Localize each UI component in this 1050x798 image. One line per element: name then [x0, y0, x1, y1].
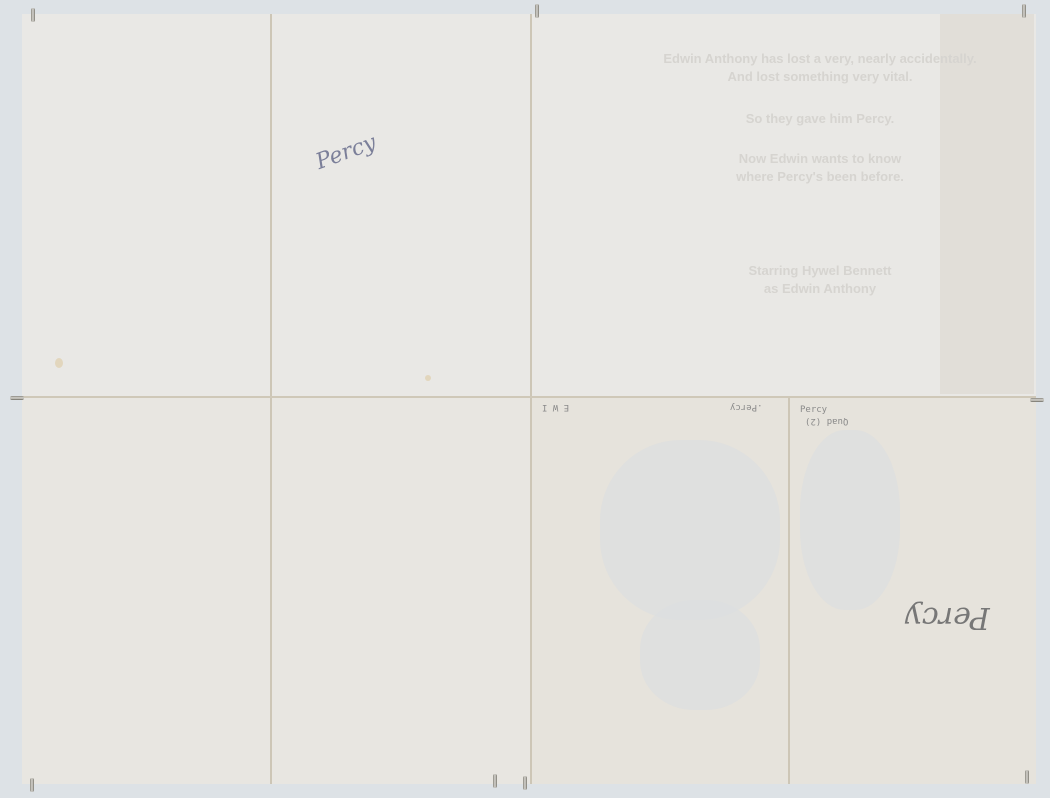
- showthrough-line-3: So they gave him Percy.: [600, 110, 1040, 127]
- showthrough-line-7: as Edwin Anthony: [600, 280, 1040, 297]
- showthrough-line-2: And lost something very vital.: [600, 68, 1040, 85]
- fold-horizontal: [22, 396, 1036, 398]
- pin-top-left: [31, 8, 35, 22]
- stain-spot-2: [425, 375, 431, 381]
- showthrough-line-5: where Percy's been before.: [600, 168, 1040, 185]
- pin-top-right: [1022, 4, 1026, 18]
- fold-vertical-1: [270, 14, 272, 784]
- handwriting-ewi-tag: E W I: [542, 402, 569, 412]
- panel-bottom-1: [22, 398, 270, 784]
- handwriting-percy-tag: .Percy: [730, 402, 763, 412]
- handwriting-quad-tag: Quad (2): [805, 416, 848, 426]
- pin-top-middle: [535, 4, 539, 18]
- showthrough-line-1: Edwin Anthony has lost a very, nearly ac…: [600, 50, 1040, 67]
- showthrough-line-6: Starring Hywel Bennett: [600, 262, 1040, 279]
- pin-bottom-left: [30, 778, 34, 792]
- showthrough-figure-2: [640, 600, 760, 710]
- pin-bottom-middle: [493, 774, 497, 788]
- panel-bottom-2: [272, 398, 530, 784]
- fold-vertical-3: [788, 398, 790, 784]
- panel-top-2: [272, 14, 530, 396]
- showthrough-line-4: Now Edwin wants to know: [600, 150, 1040, 167]
- pin-bottom-right: [1025, 770, 1029, 784]
- panel-top-1: [22, 14, 270, 396]
- stain-spot: [55, 358, 63, 368]
- handwriting-percy-tag-2: Percy: [800, 405, 827, 415]
- pin-mid-left: [10, 396, 24, 400]
- fold-vertical-2: [530, 14, 532, 784]
- handwriting-percy-large: Percy: [905, 600, 990, 635]
- showthrough-figure-3: [800, 430, 900, 610]
- showthrough-figure-1: [600, 440, 780, 620]
- pin-mid-right: [1030, 398, 1044, 402]
- pin-bottom-mid-right: [523, 776, 527, 790]
